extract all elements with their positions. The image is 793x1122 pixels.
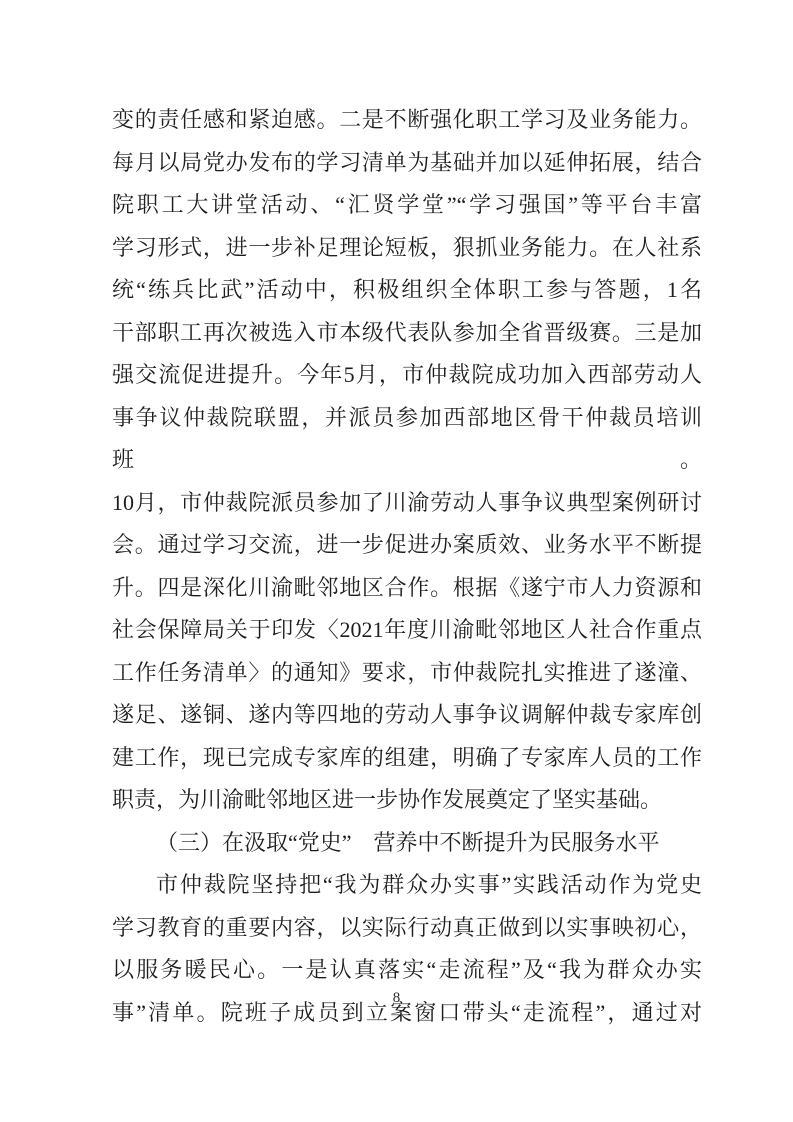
text-line: 统“练兵比武”活动中，积极组织全体职工参与答题，1名	[112, 269, 702, 312]
page-number: 8	[0, 988, 793, 1008]
section-heading: （三）在汲取“党史” 营养中不断提升为民服务水平	[112, 822, 702, 865]
document-page: 变的责任感和紧迫感。二是不断强化职工学习及业务能力。每月以局党办发布的学习清单为…	[0, 0, 793, 1122]
text-line: 强交流促进提升。今年5月，市仲裁院成功加入西部劳动人	[112, 354, 702, 397]
text-line: 职责，为川渝毗邻地区进一步协作发展奠定了坚实基础。	[112, 779, 702, 822]
text-line: 10月，市仲裁院派员参加了川渝劳动人事争议典型案例研讨	[112, 482, 702, 525]
text-line: 会。通过学习交流，进一步促进办案质效、业务水平不断提	[112, 524, 702, 567]
text-line: 院职工大讲堂活动、“汇贤学堂”“学习强国”等平台丰富	[112, 184, 702, 227]
text-line: 学习教育的重要内容，以实际行动真正做到以实事映初心，	[112, 907, 702, 950]
text-line: 市仲裁院坚持把“我为群众办实事”实践活动作为党史	[112, 864, 702, 907]
text-line: 升。四是深化川渝毗邻地区合作。根据《遂宁市人力资源和	[112, 567, 702, 610]
text-line: 变的责任感和紧迫感。二是不断强化职工学习及业务能力。	[112, 99, 702, 142]
document-body: 变的责任感和紧迫感。二是不断强化职工学习及业务能力。每月以局党办发布的学习清单为…	[112, 99, 702, 1034]
text-line: 遂足、遂铜、遂内等四地的劳动人事争议调解仲裁专家库创	[112, 694, 702, 737]
text-line: 干部职工再次被选入市本级代表队参加全省晋级赛。三是加	[112, 312, 702, 355]
text-line: 社会保障局关于印发〈2021年度川渝毗邻地区人社合作重点	[112, 609, 702, 652]
text-line: 学习形式，进一步补足理论短板，狠抓业务能力。在人社系	[112, 227, 702, 270]
text-line: 事争议仲裁院联盟，并派员参加西部地区骨干仲裁员培训班。	[112, 397, 702, 482]
text-line: 以服务暖民心。一是认真落实“走流程”及“我为群众办实	[112, 949, 702, 992]
text-line: 工作任务清单〉的通知》要求，市仲裁院扎实推进了遂潼、	[112, 652, 702, 695]
text-line: 建工作，现已完成专家库的组建，明确了专家库人员的工作	[112, 737, 702, 780]
text-line: 每月以局党办发布的学习清单为基础并加以延伸拓展，结合	[112, 142, 702, 185]
